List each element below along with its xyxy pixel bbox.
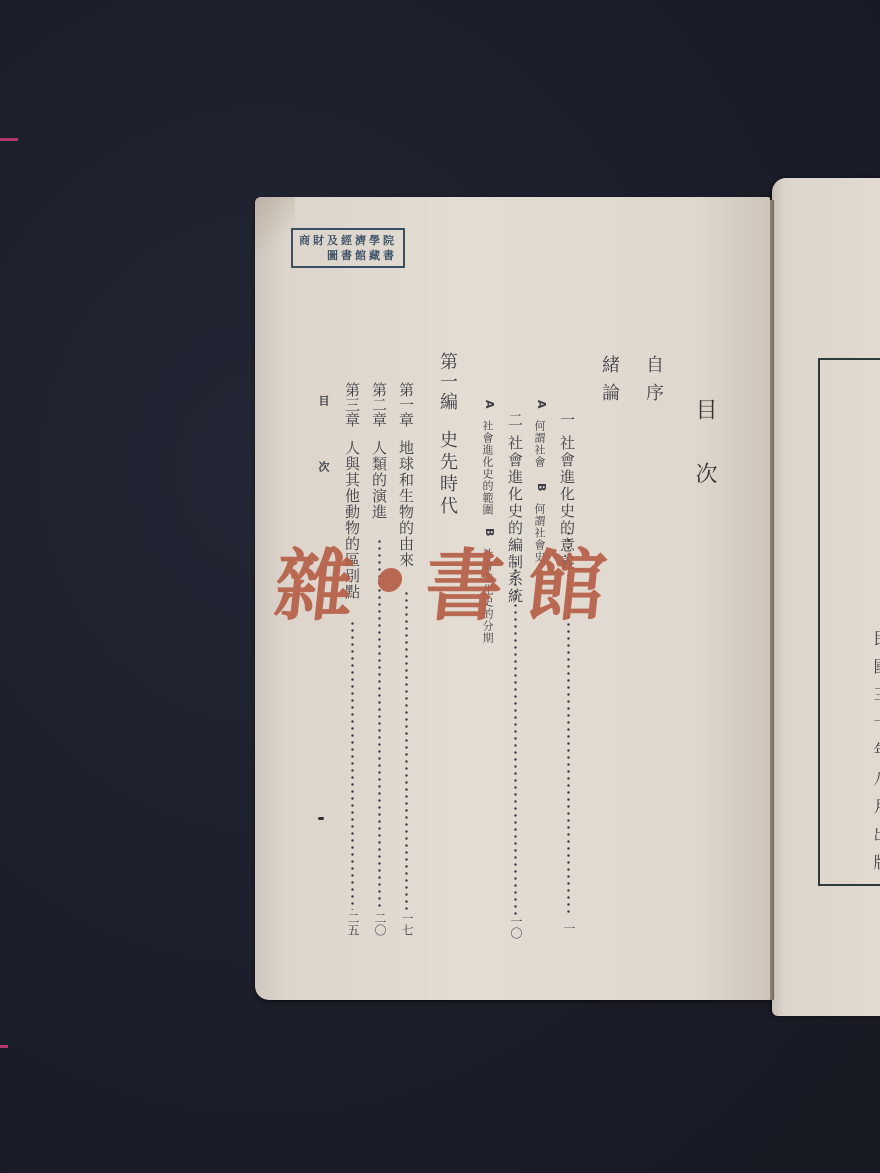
toc-intro[interactable]: 緒論 [600, 355, 618, 411]
toc-chapter-2-label: 第二章 [371, 382, 386, 427]
paper-speck [318, 817, 324, 820]
edge-mark [0, 1045, 8, 1048]
toc-section-1-sub-a[interactable]: 何謂社會 [534, 420, 545, 468]
toc-title-char-2: 次 [693, 462, 715, 484]
watermark-char-1: 雜 [270, 524, 360, 636]
toc-section-2-sub-a[interactable]: 社會進化史的範圍 [482, 420, 493, 516]
leader-dots [405, 590, 408, 910]
toc-section-2-sub-a-label: A [484, 400, 495, 409]
running-header: 目 次 [318, 395, 329, 494]
stamp-line-1: 院學濟經及財商 [299, 233, 397, 248]
edge-mark [0, 138, 18, 141]
library-stamp: 院學濟經及財商 書藏館書圖 [291, 228, 405, 268]
right-page-heading: 緒 [870, 390, 880, 420]
toc-section-1-sub-b-label: B [536, 483, 547, 491]
toc-chapter-1-page: 一七 [401, 912, 413, 936]
toc-chapter-2-page: 二〇 [374, 912, 386, 936]
right-page-frame: 緒 民國三十年八月出版 [818, 358, 880, 886]
toc-preface[interactable]: 自序 [644, 355, 662, 411]
toc-chapter-1-label: 第一章 [398, 382, 413, 427]
toc-part-1-title[interactable]: 史先時代 [438, 430, 456, 518]
toc-section-2-num: 二 [507, 412, 522, 429]
toc-section-1-page: 一 [563, 922, 575, 934]
watermark-char-3: 館 [522, 524, 612, 636]
toc-section-2-page: 一〇 [510, 915, 522, 939]
leader-dots [351, 620, 354, 910]
toc-chapter-3-page: 二五 [347, 912, 359, 936]
toc-title-char-1: 目 [693, 398, 715, 420]
toc-chapter-3-label: 第三章 [344, 382, 359, 427]
toc-part-1-label: 第一編 [438, 352, 456, 412]
right-page-column: 民國三十年八月出版 [872, 630, 880, 882]
watermark-dot [377, 568, 404, 592]
stamp-line-2: 書藏館書圖 [327, 248, 397, 263]
toc-chapter-2-title[interactable]: 人類的演進 [371, 440, 386, 520]
watermark: 雜 書 館 [271, 530, 612, 630]
watermark-char-2: 書 [420, 524, 510, 636]
toc-section-1-num: 一 [559, 412, 574, 429]
toc-section-1-sub-a-label: A [536, 400, 547, 409]
